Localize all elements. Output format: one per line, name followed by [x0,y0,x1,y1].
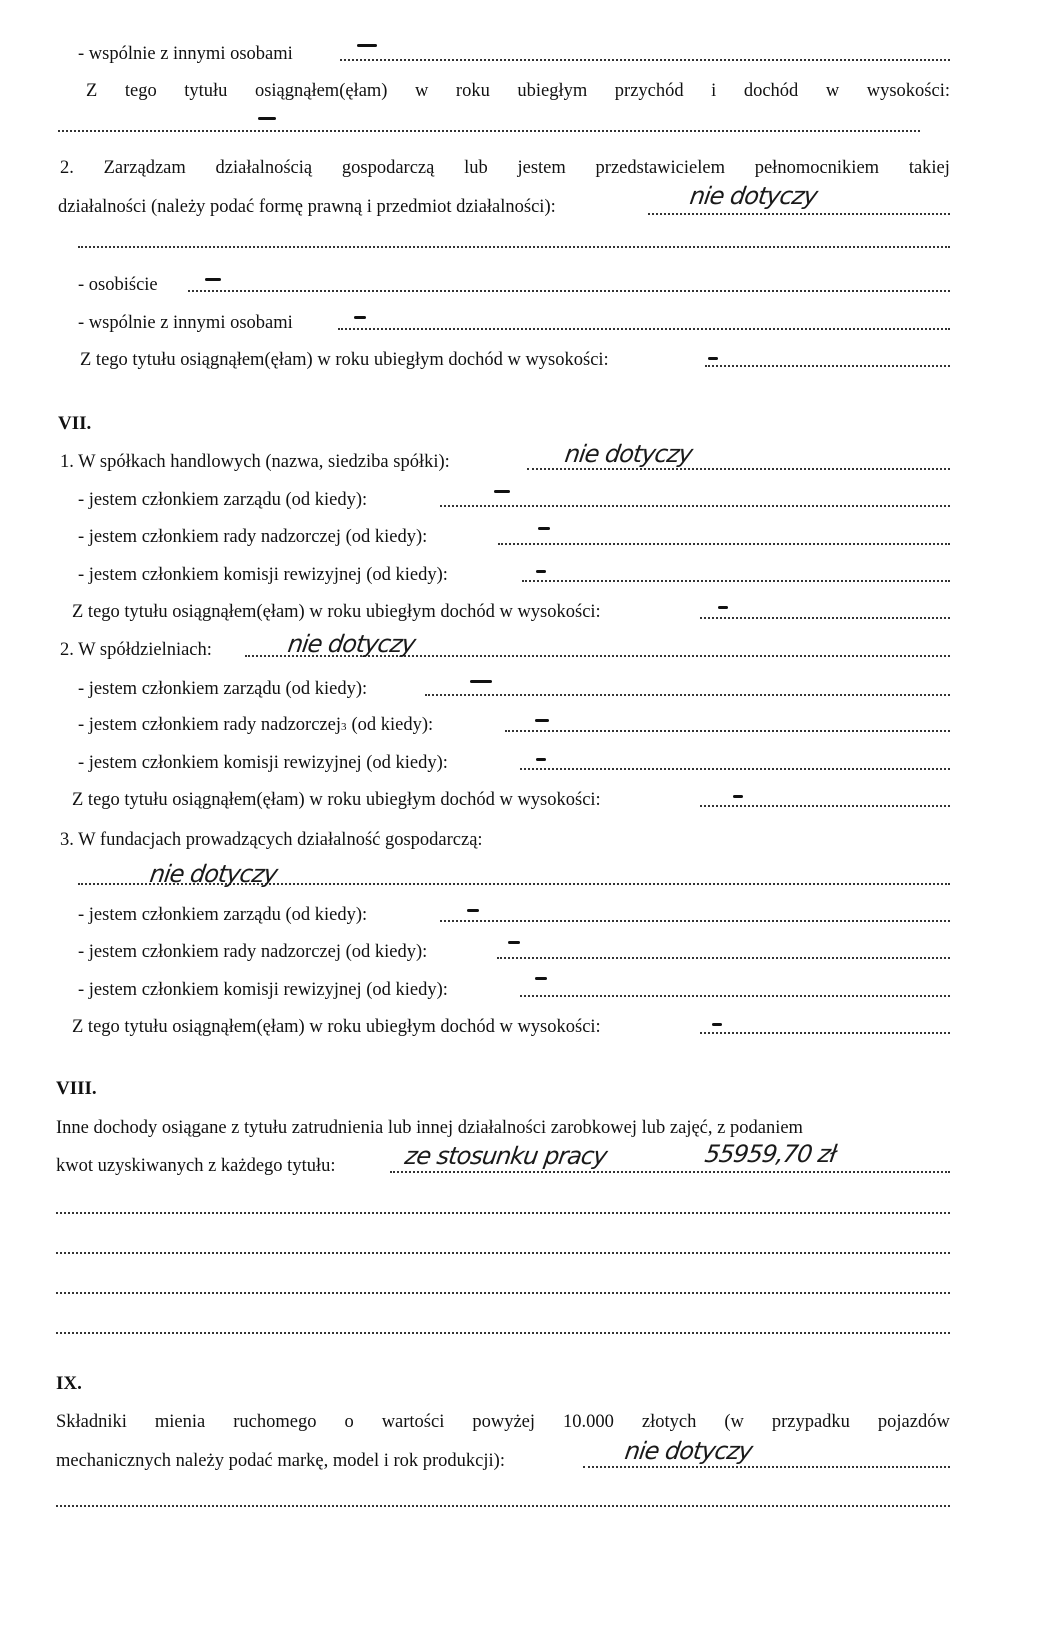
movable-assets-row: mechanicznych należy podać markę, model … [56,1450,505,1472]
handwritten-dash [354,316,366,319]
word: jestem [517,158,565,179]
business-activity-intro: 2.Zarządzamdziałalnościągospodarcząlubje… [60,158,950,179]
field-label: Inne dochody osiągane z tytułu zatrudnie… [56,1117,803,1139]
vii2-audit-row: - jestem członkiem komisji rewizyjnej (o… [78,752,448,774]
field-label: mechanicznych należy podać markę, model … [56,1450,505,1472]
word: Z [86,81,97,102]
commercial-companies-row: 1. W spółkach handlowych (nazwa, siedzib… [60,451,450,473]
word: w [415,81,428,102]
handwritten-dash [467,909,479,912]
vii3-income-answer-line[interactable] [700,1030,950,1034]
vii1-supervisory-answer-line[interactable] [498,541,950,545]
word: pełnomocnikiem [755,158,879,179]
movable-assets-answer-line-2[interactable] [56,1503,950,1507]
word: przychód [615,81,684,102]
handwritten-dash [258,117,276,120]
vii1-income-answer-line[interactable] [700,615,950,619]
vii2-audit-answer-line[interactable] [520,766,950,770]
handwritten-answer: nie dotyczy [148,860,279,888]
field-label-tail: (od kiedy): [351,714,433,736]
word: przypadku [772,1412,850,1433]
word: mienia [155,1412,205,1433]
personally-row: - osobiście [78,274,158,296]
other-income-answer-line-5[interactable] [56,1330,950,1334]
section-heading-vii: VII. [58,413,91,435]
field-label: 3. W fundacjach prowadzących działalność… [60,829,483,851]
handwritten-dash [470,680,492,683]
word: o [344,1412,353,1433]
handwritten-dash [708,357,718,360]
vii3-board-row: - jestem członkiem zarządu (od kiedy): [78,904,367,926]
word: ubiegłym [517,81,587,102]
field-label: Z tego tytułu osiągnąłem(ęłam) w roku ub… [72,789,601,811]
handwritten-answer: nie dotyczy [623,1437,754,1465]
field-label: - wspólnie z innymi osobami [78,43,293,65]
handwritten-dash [494,490,510,493]
movable-assets-intro: Składnikimieniaruchomegoowartościpowyżej… [56,1412,950,1433]
field-label: - jestem członkiem zarządu (od kiedy): [78,678,367,700]
word: tytułu [184,81,227,102]
jointly-answer-line-top[interactable] [340,57,950,61]
word: wysokości: [867,81,950,102]
business-form-row: działalności (należy podać formę prawną … [58,196,556,218]
handwritten-dash [712,1023,722,1026]
word: osiągnąłem(ęłam) [255,81,388,102]
personally-answer-line[interactable] [188,288,950,292]
other-income-answer-line-2[interactable] [56,1210,950,1214]
word: roku [456,81,490,102]
income-sentence-top: Ztegotytułuosiągnąłem(ęłam)wrokuubiegłym… [86,81,950,102]
word: złotych [642,1412,696,1433]
vii1-audit-row: - jestem członkiem komisji rewizyjnej (o… [78,564,448,586]
income-row-vi2: Z tego tytułu osiągnąłem(ęłam) w roku ub… [80,349,609,371]
handwritten-dash [535,977,547,980]
vii3-audit-answer-line[interactable] [520,993,950,997]
handwritten-answer-source: ze stosunku pracy [403,1142,608,1170]
handwritten-dash [535,719,549,722]
vii2-income-row: Z tego tytułu osiągnąłem(ęłam) w roku ub… [72,789,601,811]
handwritten-answer: nie dotyczy [286,630,417,658]
field-label: - jestem członkiem zarządu (od kiedy): [78,904,367,926]
field-label: - jestem członkiem zarządu (od kiedy): [78,489,367,511]
section-heading-ix: IX. [56,1373,82,1395]
word: tego [125,81,157,102]
cooperatives-row: 2. W spółdzielniach: [60,639,212,661]
word: lub [464,158,488,179]
handwritten-answer: nie dotyczy [563,440,694,468]
field-label: - osobiście [78,274,158,296]
vii2-supervisory-answer-line[interactable] [505,728,950,732]
other-income-answer-line-3[interactable] [56,1250,950,1254]
field-label: 1. W spółkach handlowych (nazwa, siedzib… [60,451,450,473]
word: Składniki [56,1412,127,1433]
section-heading-viii: VIII. [56,1078,97,1100]
vii1-board-row: - jestem członkiem zarządu (od kiedy): [78,489,367,511]
word: powyżej [472,1412,535,1433]
other-income-intro: Inne dochody osiągane z tytułu zatrudnie… [56,1117,803,1139]
vii2-board-row: - jestem członkiem zarządu (od kiedy): [78,678,367,700]
field-label: Z tego tytułu osiągnąłem(ęłam) w roku ub… [72,1016,601,1038]
field-label: - jestem członkiem komisji rewizyjnej (o… [78,564,448,586]
field-label: - jestem członkiem komisji rewizyjnej (o… [78,979,448,1001]
handwritten-dash [536,570,546,573]
field-label: - jestem członkiem rady nadzorczej (od k… [78,526,427,548]
vii2-income-answer-line[interactable] [700,803,950,807]
word: dochód [744,81,798,102]
field-label: - jestem członkiem rady nadzorczej [78,714,341,736]
field-label: Z tego tytułu osiągnąłem(ęłam) w roku ub… [80,349,609,371]
other-income-answer-line-4[interactable] [56,1290,950,1294]
vii1-audit-answer-line[interactable] [522,578,950,582]
word: działalnością [216,158,313,179]
handwritten-answer-amount: 55959,70 zł [703,1140,838,1168]
field-label: działalności (należy podać formę prawną … [58,196,556,218]
word: takiej [909,158,950,179]
vii1-supervisory-row: - jestem członkiem rady nadzorczej (od k… [78,526,427,548]
word: wartości [382,1412,445,1433]
word: w [826,81,839,102]
income-answer-line-top[interactable] [58,128,920,132]
vii2-board-answer-line[interactable] [425,692,950,696]
jointly-row: - wspólnie z innymi osobami [78,312,293,334]
vii3-supervisory-row: - jestem członkiem rady nadzorczej (od k… [78,941,427,963]
handwritten-answer: nie dotyczy [688,182,819,210]
vii3-audit-row: - jestem członkiem komisji rewizyjnej (o… [78,979,448,1001]
word: pojazdów [878,1412,950,1433]
vii1-income-row: Z tego tytułu osiągnąłem(ęłam) w roku ub… [72,601,601,623]
footnote-ref: 3 [341,716,347,738]
jointly-row-top: - wspólnie z innymi osobami [78,43,293,65]
word: gospodarczą [342,158,434,179]
jointly-answer-line[interactable] [338,326,950,330]
foundations-row: 3. W fundacjach prowadzących działalność… [60,829,483,851]
handwritten-dash [733,795,743,798]
handwritten-dash [536,758,546,761]
business-form-answer-line[interactable] [648,211,950,215]
handwritten-dash [357,44,377,47]
other-income-row: kwot uzyskiwanych z każdego tytułu: [56,1155,336,1177]
vii1-board-answer-line[interactable] [440,503,950,507]
handwritten-dash [205,278,221,281]
vii3-income-row: Z tego tytułu osiągnąłem(ęłam) w roku ub… [72,1016,601,1038]
word: i [711,81,716,102]
word: Zarządzam [104,158,186,179]
handwritten-dash [538,527,550,530]
handwritten-dash [508,941,520,944]
handwritten-dash [718,606,728,609]
field-label: kwot uzyskiwanych z każdego tytułu: [56,1155,336,1177]
field-label: Z tego tytułu osiągnąłem(ęłam) w roku ub… [72,601,601,623]
word: ruchomego [233,1412,316,1433]
vii2-supervisory-row: - jestem członkiem rady nadzorczej 3 (od… [78,714,433,738]
field-label: - jestem członkiem komisji rewizyjnej (o… [78,752,448,774]
field-label: - jestem członkiem rady nadzorczej (od k… [78,941,427,963]
vii3-supervisory-answer-line[interactable] [497,955,950,959]
word: 2. [60,158,74,179]
word: (w [724,1412,744,1433]
field-label: 2. W spółdzielniach: [60,639,212,661]
income-answer-line-vi2[interactable] [705,363,950,367]
field-label: - wspólnie z innymi osobami [78,312,293,334]
word: 10.000 [563,1412,614,1433]
vii3-board-answer-line[interactable] [440,918,950,922]
business-form-answer-line-2[interactable] [78,244,950,248]
word: przedstawicielem [596,158,725,179]
